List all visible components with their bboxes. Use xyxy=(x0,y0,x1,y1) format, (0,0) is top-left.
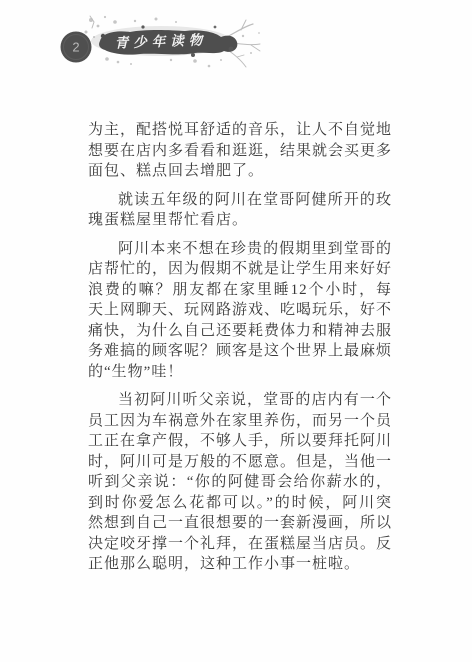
story-paragraph: 为主，配搭悦耳舒适的音乐，让人不自觉地想要在店内多看看和逛逛，结果就会买更多面包… xyxy=(88,120,392,182)
ink-splash-graphic: 青少年读物 2 xyxy=(45,3,275,88)
story-text: 为主，配搭悦耳舒适的音乐，让人不自觉地想要在店内多看看和逛逛，结果就会买更多面包… xyxy=(88,120,392,583)
story-paragraph: 就读五年级的阿川在堂哥阿健所开的玫瑰蛋糕屋里帮忙看店。 xyxy=(88,190,392,231)
page-header: 青少年读物 2 xyxy=(45,3,275,88)
story-paragraph: 当初阿川听父亲说，堂哥的店内有一个员工因为车祸意外在家里养伤，而另一个员工正在拿… xyxy=(88,390,392,575)
page-number: 2 xyxy=(72,40,79,55)
story-paragraph: 阿川本来不想在珍贵的假期里到堂哥的店帮忙的，因为假期不就是让学生用来好好浪费的嘛… xyxy=(88,239,392,383)
page-number-badge: 2 xyxy=(61,32,92,63)
book-page: 青少年读物 2 为主，配搭悦耳舒适的音乐，让人不自觉地想要在店内多看看和逛逛，结… xyxy=(0,0,472,662)
